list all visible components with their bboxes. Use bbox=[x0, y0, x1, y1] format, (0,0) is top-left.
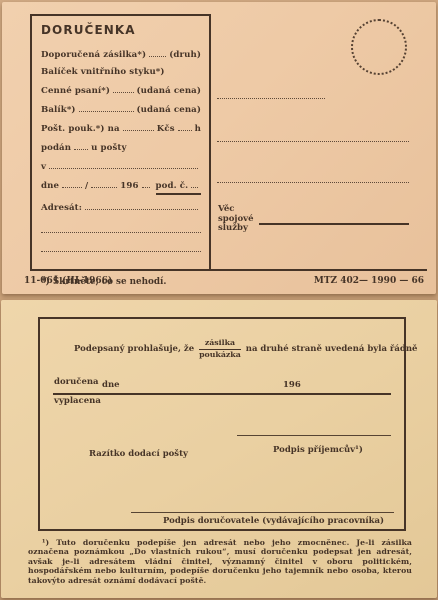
delivery-card-front: DORUČENKA Doporučená zásilka*) (druh) Ba… bbox=[2, 2, 436, 294]
field-label: pod. č. bbox=[156, 181, 189, 192]
form-number: 11-061 (III-1966) bbox=[24, 276, 112, 286]
field-label: Pošt. pouk.*) na bbox=[41, 124, 120, 135]
deliverer-signature-line bbox=[131, 512, 394, 513]
address-dotted-line bbox=[41, 220, 201, 233]
field-row-parcel: Balík*) (udaná cena) bbox=[41, 103, 201, 116]
field-row-registered-item: Doporučená zásilka*) (druh) bbox=[41, 48, 201, 61]
field-label: Balík*) bbox=[41, 105, 76, 116]
paid-option: vyplacena bbox=[54, 396, 101, 406]
sender-dotted-line bbox=[217, 182, 409, 183]
form-scan-page: { "front": { "title": "DORUČENKA", "rows… bbox=[0, 0, 438, 600]
fill-in-dots bbox=[85, 201, 198, 210]
delivery-date-line bbox=[53, 393, 391, 395]
delivered-option: doručena bbox=[54, 377, 99, 387]
fill-in-dots bbox=[91, 179, 117, 188]
fill-in-dots bbox=[79, 103, 134, 112]
form-title: DORUČENKA bbox=[41, 23, 201, 37]
filing-number-underlined: pod. č. bbox=[156, 179, 201, 195]
field-label: podán bbox=[41, 143, 71, 154]
sender-dotted-line bbox=[217, 141, 409, 142]
item-type-fraction: zásilka poukázka bbox=[199, 339, 241, 359]
field-hint: (udaná cena) bbox=[137, 86, 201, 97]
field-label: Doporučená zásilka*) bbox=[41, 50, 146, 61]
fraction-option-top: zásilka bbox=[199, 339, 241, 350]
field-row-date: dne / 196 pod. č. bbox=[41, 179, 201, 195]
box-bottom-extension-line bbox=[211, 269, 427, 271]
field-row-insured-letter: Cenné psaní*) (udaná cena) bbox=[41, 84, 201, 97]
field-suffix: u pošty bbox=[91, 143, 126, 154]
field-label: Cenné psaní*) bbox=[41, 86, 110, 97]
fill-in-dots bbox=[113, 84, 133, 93]
year-label: 196 bbox=[120, 181, 138, 192]
fill-in-dots bbox=[142, 179, 150, 188]
field-row-place: v bbox=[41, 160, 201, 173]
recipient-signature-label: Podpis příjemcův¹) bbox=[273, 445, 363, 455]
fraction-option-bottom: poukázka bbox=[199, 350, 241, 360]
fill-in-dots bbox=[62, 179, 82, 188]
service-matter-line bbox=[259, 223, 409, 225]
field-label: dne bbox=[41, 181, 59, 192]
year-label: 196 bbox=[283, 380, 301, 390]
service-matter-label: Věc spojové služby bbox=[218, 205, 254, 234]
field-row-addressee: Adresát: bbox=[41, 201, 201, 214]
back-fields-box: Podepsaný prohlašuje, že zásilka poukázk… bbox=[38, 317, 406, 531]
fill-in-dots bbox=[123, 122, 154, 131]
sender-dotted-line bbox=[217, 98, 325, 99]
date-label: dne bbox=[102, 380, 120, 390]
declaration-row: Podepsaný prohlašuje, že zásilka poukázk… bbox=[74, 339, 394, 359]
field-row-posted-at: podán u pošty bbox=[41, 141, 201, 154]
legal-footnote: ¹) Tuto doručenku podepíše jen adresát n… bbox=[28, 538, 412, 585]
field-row-inland-parcel: Balíček vnitřního styku*) bbox=[41, 67, 201, 78]
field-label: Adresát: bbox=[41, 203, 82, 214]
fill-in-dots bbox=[191, 179, 198, 188]
address-dotted-line bbox=[41, 258, 201, 271]
field-label: v bbox=[41, 162, 46, 173]
print-code: MTZ 402— 1990 — 66 bbox=[314, 276, 424, 286]
unit-label: h bbox=[195, 124, 201, 135]
field-hint: (udaná cena) bbox=[137, 105, 201, 116]
fill-in-dots bbox=[178, 122, 192, 131]
front-fields-box: DORUČENKA Doporučená zásilka*) (druh) Ba… bbox=[30, 14, 211, 271]
deliverer-signature-label: Podpis doručovatele (vydávajícího pracov… bbox=[163, 516, 384, 526]
date-separator: / bbox=[85, 181, 88, 192]
postmark-circle bbox=[351, 19, 407, 75]
field-hint: (druh) bbox=[169, 50, 201, 61]
address-dotted-line bbox=[41, 239, 201, 252]
fill-in-dots bbox=[74, 141, 88, 150]
declaration-prefix: Podepsaný prohlašuje, že bbox=[74, 344, 194, 354]
field-row-money-order: Pošt. pouk.*) na Kčs h bbox=[41, 122, 201, 135]
field-label: Balíček vnitřního styku*) bbox=[41, 67, 165, 78]
delivery-card-back: Podepsaný prohlašuje, že zásilka poukázk… bbox=[1, 300, 437, 598]
stamp-area-label: Razítko dodací pošty bbox=[89, 449, 188, 459]
recipient-signature-line bbox=[237, 435, 391, 436]
currency-label: Kčs bbox=[157, 124, 175, 135]
declaration-suffix: na druhé straně uvedená byla řádně bbox=[246, 344, 418, 354]
fill-in-dots bbox=[49, 160, 198, 169]
fill-in-dots bbox=[149, 48, 166, 57]
